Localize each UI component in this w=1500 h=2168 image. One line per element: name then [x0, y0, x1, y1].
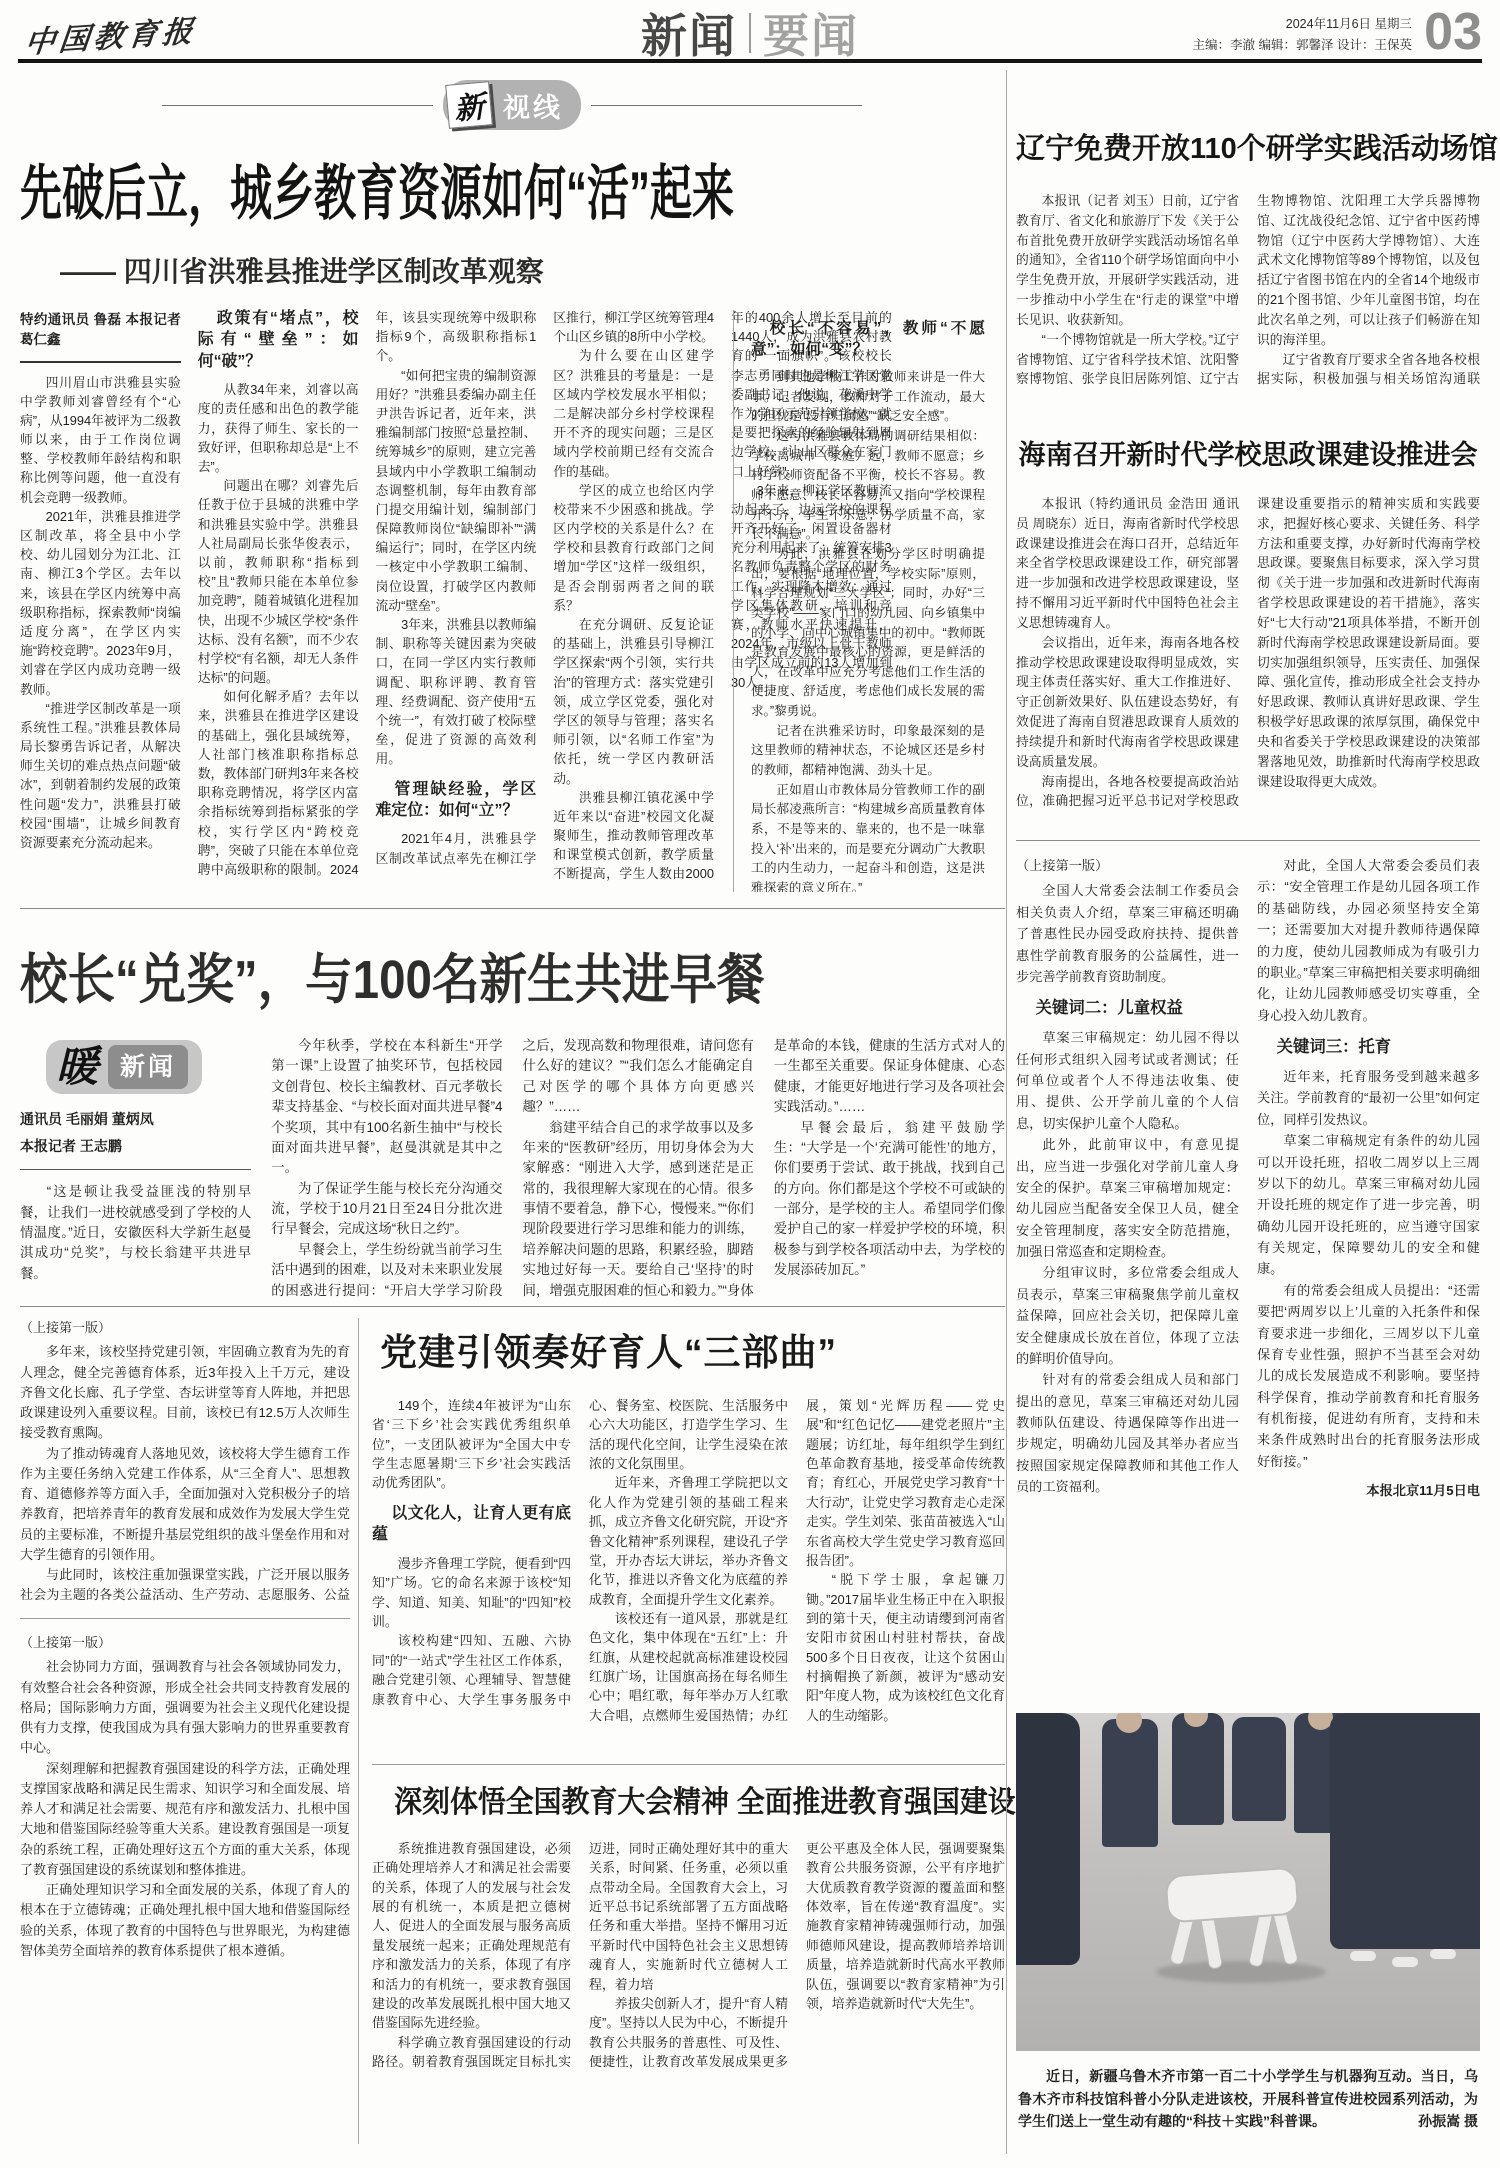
page-number: 03 — [1424, 2, 1482, 62]
paragraph: 本报讯（特约通讯员 金浩田 通讯员 周晓东）近日，海南省新时代学校思政课建设推进… — [1016, 494, 1239, 633]
photo-robot-dog-shadow — [1156, 1961, 1326, 1983]
paragraph: “推进学区制改革是一项系统性工程。”洪雅县教体局局长黎勇告诉记者，从解决师生关切… — [20, 699, 181, 853]
staff-line: 主编：李澈 编辑：郭馨泽 设计：王保英 — [1193, 35, 1412, 56]
middle-section-rule — [372, 1764, 1005, 1765]
paragraph: “如何把宝贵的编制资源用好？”洪雅县委编办副主任尹洪告诉记者，近年来，洪雅编制部… — [376, 366, 537, 615]
paragraph: 近年来，托育服务受到越来越多关注。学前教育的“最初一公里”如何定位，同样引发热议… — [1257, 1066, 1480, 1130]
main-byline: 特约通讯员 鲁磊 本报记者 葛仁鑫 — [20, 308, 181, 363]
party-article: 党建引领奏好育人“三部曲” 149个，连续4年被评为“山东省‘三下乡’社会实践优… — [372, 1322, 1005, 1748]
paragraph: 深刻理解和把握教育强国建设的科学方法，正确处理支撑国家战略和满足民生需求、知识学… — [20, 1759, 350, 1881]
right-section-rule — [1016, 840, 1480, 841]
paragraph: 3年来，洪雅县以教师编制、职称等关键因素为突破口，在同一学区内实行教师调配、职称… — [376, 615, 537, 769]
xin-shixian-badge-row: 新 视线 — [162, 80, 862, 130]
nuan-badge-label: 新闻 — [108, 1045, 188, 1089]
vertical-rule-bottom — [358, 1318, 359, 2144]
photo-student-silhouette — [1172, 1713, 1224, 1825]
newspaper-page: 中国教育报 新闻 要闻 2024年11月6日 星期三 主编：李澈 编辑：郭馨泽 … — [0, 0, 1500, 2168]
paragraph: 学区的成立也给区内学校带来不少困惑和挑战。学区内学校的关系是什么？在学校和县教育… — [553, 481, 714, 615]
masthead-rule — [18, 59, 1482, 63]
paragraph: 四川眉山市洪雅县实验中学教师刘睿曾经有个“心病”，从1994年被评为二级教师以来… — [20, 373, 181, 507]
breakfast-article: 校长“兑奖”，与100名新生共进早餐 暖 新闻 通讯员 毛丽娟 董炳凤 本报记者… — [20, 908, 1005, 1304]
subhead: 校长“不容易”，教师“不愿意”：如何“变”？ — [751, 318, 985, 360]
vertical-rule-main — [1006, 70, 1007, 2154]
main-article-body: 特约通讯员 鲁磊 本报记者 葛仁鑫 四川眉山市洪雅县实验中学教师刘睿曾经有个“心… — [20, 308, 1004, 892]
main-article-columns: 特约通讯员 鲁磊 本报记者 葛仁鑫 四川眉山市洪雅县实验中学教师刘睿曾经有个“心… — [20, 308, 714, 892]
paragraph: 对此，全国人大常委会委员们表示：“安全管理工作是幼儿园各项工作的基础防线，办园必… — [1257, 855, 1480, 1026]
paragraph: 为此，洪雅县在划分学区时明确提出，要根据“地理位置，学校实际”原则，科学合理规划… — [751, 545, 985, 722]
subhead: 管理缺经验，学区难定位：如何“立”？ — [376, 779, 537, 822]
paragraph: “这是顿让我受益匪浅的特别早餐，让我们一进校就感受到了学校的人情温度。”近日，安… — [20, 1182, 251, 1284]
paper-logo: 中国教育报 — [23, 6, 199, 62]
section-name: 新闻 — [641, 0, 737, 66]
photo-student-silhouette — [1232, 1717, 1286, 1821]
paragraph: 正如眉山市教体局分管教师工作的副局长郝凌燕所言：“构建城乡高质量教育体系，不是等… — [751, 781, 985, 892]
section-divider — [749, 13, 751, 53]
breakfast-article-head: 暖 新闻 通讯员 毛丽娟 董炳凤 本报记者 王志鹏 — [20, 1036, 251, 1170]
dateline-signoff: 本报北京11月5日电 — [1257, 1480, 1480, 1501]
paragraph: 问题出在哪？刘睿先后任教于位于县城的洪雅中学和洪雅县实验中学。洪雅县人社局副局长… — [198, 476, 359, 687]
continued-from-page-one-tag: （上接第一版） — [20, 1318, 350, 1338]
subhead: 政策有“堵点”，校际有“壁垒”：如何“破”？ — [198, 308, 359, 372]
main-article-last-column: 校长“不容易”，教师“不愿意”：如何“变”？到其他学校工作对教师来讲是一件大事。… — [751, 308, 985, 892]
badge-line-left — [162, 105, 433, 106]
paragraph: 此外，此前审议中，有意见提出，应当进一步强化对学前儿童人身安全的保护。草案三审稿… — [1016, 1134, 1239, 1262]
date-line: 2024年11月6日 星期三 — [1193, 14, 1412, 35]
congress-article: 深刻体悟全国教育大会精神 全面推进教育强国建设 系统推进教育强国建设，必须正确处… — [372, 1777, 1005, 2137]
badge-line-right — [591, 105, 862, 106]
paragraph: 草案三审稿规定：幼儿园不得以任何形式组织入园考试或者测试；任何单位或者个人不得违… — [1016, 1027, 1239, 1134]
byline-line-1: 通讯员 毛丽娟 董炳凤 — [20, 1106, 251, 1133]
breakfast-byline: 通讯员 毛丽娟 董炳凤 本报记者 王志鹏 — [20, 1106, 251, 1170]
paragraph: 有的常委会组成人员提出：“还需要把‘两周岁以上’儿童的入托条件和保育要求进一步细… — [1257, 1280, 1480, 1472]
edition-info: 2024年11月6日 星期三 主编：李澈 编辑：郭馨泽 设计：王保英 — [1193, 14, 1412, 57]
paragraph: 这与洪雅县教体局的调研结果相似：学校离城市（家庭）远，教师不愿意；乡村学校师资配… — [751, 427, 985, 545]
paragraph: “脱下学士服，拿起镰刀锄。”2017届毕业生杨正中在入职报到的第十天，便主动请缨… — [806, 1570, 1005, 1725]
photo-shoe — [1392, 1957, 1418, 1967]
section-name-2: 要闻 — [763, 0, 859, 66]
robot-dog-body — [1164, 1866, 1299, 1923]
photo-student-group-right — [1330, 1713, 1480, 1949]
subhead: 以文化人，让育人更有底蕴 — [372, 1503, 571, 1546]
main-subtitle: —— 四川省洪雅县推进学区制改革观察 — [60, 250, 1004, 290]
law-continuation-body: （上接第一版）全国人大常委会法制工作委员会相关负责人介绍，草案三审稿还明确了普惠… — [1016, 855, 1480, 1701]
paragraph: 分组审议时，多位常委会组成人员表示，草案三审稿聚焦学前儿童权益保障，回应社会关切… — [1016, 1262, 1239, 1369]
paragraph: 149个，连续4年被评为“山东省‘三下乡’社会实践优秀组织单位”，一支团队被评为… — [372, 1396, 571, 1493]
byline-line-2: 本报记者 王志鹏 — [20, 1133, 251, 1160]
congress-article-body: 系统推进教育强国建设，必须正确处理培养人才和满足社会需要的关系，体现了人的发展与… — [372, 1839, 1005, 2137]
liaoning-article-body: 本报讯（记者 刘玉）日前，辽宁省教育厅、省文化和旅游厅下发《关于公布首批免费开放… — [1016, 191, 1480, 399]
badge-label: 视线 — [503, 86, 563, 125]
paragraph: 漫步齐鲁理工学院，便看到“四知”广场。它的命名来源于该校“知学、知道、知美、知耻… — [372, 1554, 571, 1631]
photo-student-silhouette-left — [1016, 1713, 1080, 1965]
masthead: 中国教育报 新闻 要闻 2024年11月6日 星期三 主编：李澈 编辑：郭馨泽 … — [18, 6, 1482, 58]
congress-headline: 深刻体悟全国教育大会精神 全面推进教育强国建设 — [394, 1777, 983, 1821]
hainan-headline: 海南召开新时代学校思政课建设推进会 — [1016, 433, 1480, 472]
paragraph: 2021年，洪雅县推进学区制改革，将全县中小学校、幼儿园划分为江北、江南、柳江3… — [20, 507, 181, 699]
breakfast-headline: 校长“兑奖”，与100名新生共进早餐 — [20, 937, 1076, 1014]
paragraph: 针对有的常委会组成人员和部门提出的意见，草案三审稿还对幼儿园教师队伍建设、待遇保… — [1016, 1369, 1239, 1497]
paragraph: 会议指出，近年来，海南各地各校推动学校思政课建设取得明显成效，实现主体责任落实好… — [1016, 633, 1239, 772]
continued-from-page-one-tag: （上接第一版） — [1016, 855, 1239, 876]
liaoning-headline: 辽宁免费开放110个研学实践活动场馆 — [1016, 126, 1480, 167]
paragraph: 今年秋季，学校在本科新生“开学第一课”上设置了抽奖环节，包括校园文创背包、校长主… — [271, 1036, 502, 1179]
paragraph: 系统推进教育强国建设，必须正确处理培养人才和满足社会需要的关系，体现了人的发展与… — [372, 1839, 571, 2033]
main-article: 新 视线 先破后立，城乡教育资源如何“活”起来 —— 四川省洪雅县推进学区制改革… — [20, 70, 1004, 908]
xin-calligraphy-icon: 新 — [445, 81, 493, 129]
continued-from-page-one-tag: （上接第一版） — [20, 1633, 350, 1653]
paragraph: 正确处理知识学习和全面发展的关系，体现了育人的根本在于立德铸魂；正确处理扎根中国… — [20, 1880, 350, 1961]
paragraph: 为了推动铸魂育人落地见效，该校将大学生德育工作作为主要任务纳入党建工作体系，从“… — [20, 1444, 350, 1566]
liaoning-article: 辽宁免费开放110个研学实践活动场馆 本报讯（记者 刘玉）日前，辽宁省教育厅、省… — [1016, 126, 1480, 399]
party-article-body: 149个，连续4年被评为“山东省‘三下乡’社会实践优秀组织单位”，一支团队被评为… — [372, 1396, 1005, 1748]
xin-shixian-badge: 新 视线 — [443, 80, 581, 130]
photo-shoe — [1350, 1951, 1376, 1961]
main-headline: 先破后立，城乡教育资源如何“活”起来 — [20, 146, 1000, 232]
right-column: 辽宁免费开放110个研学实践活动场馆 本报讯（记者 刘玉）日前，辽宁省教育厅、省… — [1016, 70, 1480, 2156]
bottom-left-continuations: （上接第一版）多年来，该校坚持党建引领，牢固确立教育为先的育人理念，健全完善德育… — [20, 1318, 350, 2146]
section-title: 新闻 要闻 — [641, 6, 859, 60]
paragraph: 从教34年来，刘睿以高度的责任感和出色的教学能力，获得了师生、家长的一致好评，但… — [198, 380, 359, 476]
photo-credit: 孙振嵩 摄 — [1390, 2110, 1478, 2133]
paragraph: 在充分调研、反复论证的基础上，洪雅县引导柳江学区探索“两个引领，实行共治”的管理… — [553, 615, 714, 788]
paragraph: 早餐会最后，翁建平鼓励学生：“大学是一个‘充满可能性’的地方，你们要勇于尝试、敢… — [774, 1118, 1005, 1281]
news-photo — [1016, 1713, 1480, 2051]
paragraph: 全国人大常委会法制工作委员会相关负责人介绍，草案三审稿还明确了普惠性民办园受政府… — [1016, 880, 1239, 987]
paragraph: 本报讯（记者 刘玉）日前，辽宁省教育厅、省文化和旅游厅下发《关于公布首批免费开放… — [1016, 191, 1239, 330]
paragraph: 社会协同力方面，强调教育与社会各领域协同发力，有效整合社会各种资源，形成全社会共… — [20, 1657, 350, 1758]
paragraph: 为什么要在山区建学区？洪雅县的考量是：一是区域内学校发展水平相似；二是解决部分乡… — [553, 346, 714, 480]
continuation-block-b: （上接第一版）社会协同力方面，强调教育与社会各领域协同发力，有效整合社会各种资源… — [20, 1633, 350, 2139]
nuan-xinwen-badge: 暖 新闻 — [46, 1040, 202, 1094]
bottom-middle-zone: 党建引领奏好育人“三部曲” 149个，连续4年被评为“山东省‘三下乡’社会实践优… — [372, 1312, 1005, 2146]
paragraph: 到其他学校工作对教师来讲是一件大事。记者发现，教师对于工作流动，最大的担忧是“没… — [751, 368, 985, 427]
hainan-article-body: 本报讯（特约通讯员 金浩田 通讯员 周晓东）近日，海南省新时代学校思政课建设推进… — [1016, 494, 1480, 820]
paragraph: 记者在洪雅采访时，印象最深刻的是这里教师的精神状态，不论城区还是乡村的教师，都精… — [751, 722, 985, 781]
hainan-article: 海南召开新时代学校思政课建设推进会 本报讯（特约通讯员 金浩田 通讯员 周晓东）… — [1016, 433, 1480, 820]
breakfast-article-body: 暖 新闻 通讯员 毛丽娟 董炳凤 本报记者 王志鹏 “这是顿让我受益匪浅的特别早… — [20, 1036, 1005, 1312]
party-headline: 党建引领奏好育人“三部曲” — [380, 1322, 1005, 1376]
paragraph: 多年来，该校坚持党建引领，牢固确立教育为先的育人理念，健全完善德育体系，近3年投… — [20, 1342, 350, 1443]
paragraph: 草案二审稿规定有条件的幼儿园可以开设托班，招收二周岁以上三周岁以下的幼儿。草案三… — [1257, 1130, 1480, 1280]
paragraph: 为了保证学生能与校长充分沟通交流，学校于10月21日至24日分批次进行早餐会，完… — [271, 1179, 502, 1240]
subhead: 关键词二：儿童权益 — [1016, 997, 1239, 1019]
paragraph: 与此同时，该校注重加强课堂实践，广泛开展以服务社会为主题的各类公益活动、生产劳动… — [20, 1565, 350, 1606]
photo-shoe — [1430, 1949, 1456, 1959]
column-divider — [733, 310, 734, 892]
continuation-divider — [20, 1618, 350, 1619]
photo-caption: 近日，新疆乌鲁木齐市第一百二十小学学生与机器狗互动。当日，乌鲁木齐市科技馆科普小… — [1018, 2065, 1478, 2133]
nuan-calligraphy-icon: 暖 — [56, 1046, 98, 1088]
paragraph: 近年来，齐鲁理工学院把以文化人作为党建引领的基础工程来抓，成立齐鲁文化研究院，开… — [589, 1473, 788, 1609]
photo-student-silhouette — [1102, 1719, 1158, 1847]
continuation-block-a: （上接第一版）多年来，该校坚持党建引领，牢固确立教育为先的育人理念，健全完善德育… — [20, 1318, 350, 1606]
section-rule — [20, 1306, 1005, 1307]
subhead: 关键词三：托育 — [1257, 1036, 1480, 1058]
